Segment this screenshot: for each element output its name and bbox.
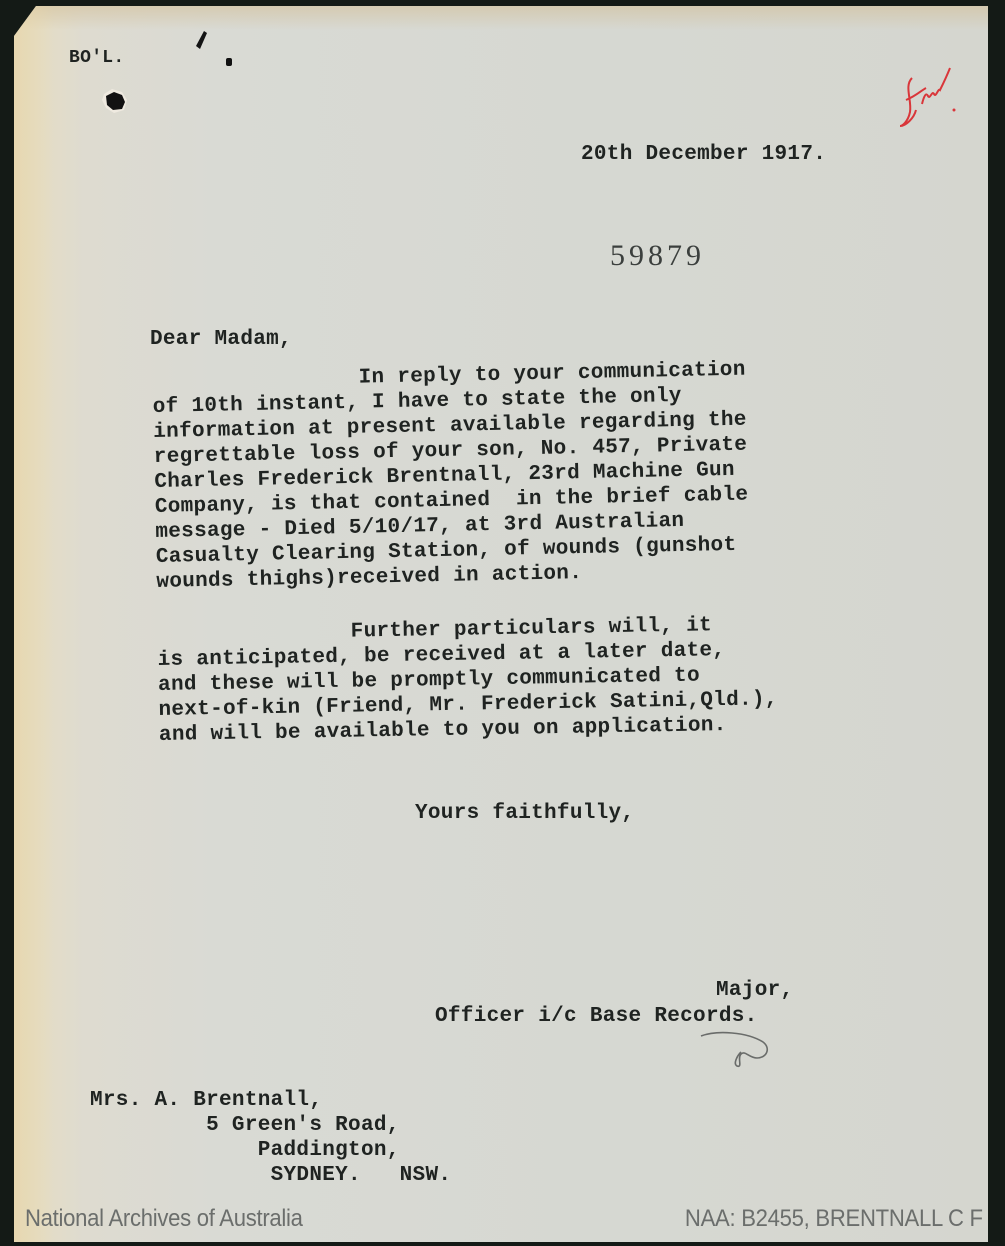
address-line: 5 Green's Road, [90,1113,451,1138]
salutation: Dear Madam, [150,327,292,352]
reference-code: BO'L. [69,46,125,71]
ink-blot-mark [194,30,208,50]
recipient-address: Mrs. A. Brentnall, 5 Green's Road, Paddi… [90,1088,451,1188]
letter-date: 20th December 1917. [581,142,826,167]
closing: Yours faithfully, [415,801,634,826]
ink-dot-mark [226,58,232,66]
signatory-office: Officer i/c Base Records. [435,1004,758,1029]
archive-name-watermark: National Archives of Australia [25,1205,303,1233]
signatory-rank: Major, [716,978,793,1003]
red-initials-annotation [898,60,958,132]
body-paragraph-2: Further particulars will, it is anticipa… [157,612,778,748]
address-line: SYDNEY. NSW. [90,1163,451,1188]
address-line: Mrs. A. Brentnall, [90,1088,451,1113]
punch-hole [100,86,130,116]
address-line: Paddington, [90,1138,451,1163]
file-number: 59879 [610,243,705,268]
archive-citation-watermark: NAA: B2455, BRENTNALL C F [685,1205,983,1233]
body-paragraph-1: In reply to your communication of 10th i… [152,358,750,595]
pencil-squiggle-mark [697,1028,777,1072]
